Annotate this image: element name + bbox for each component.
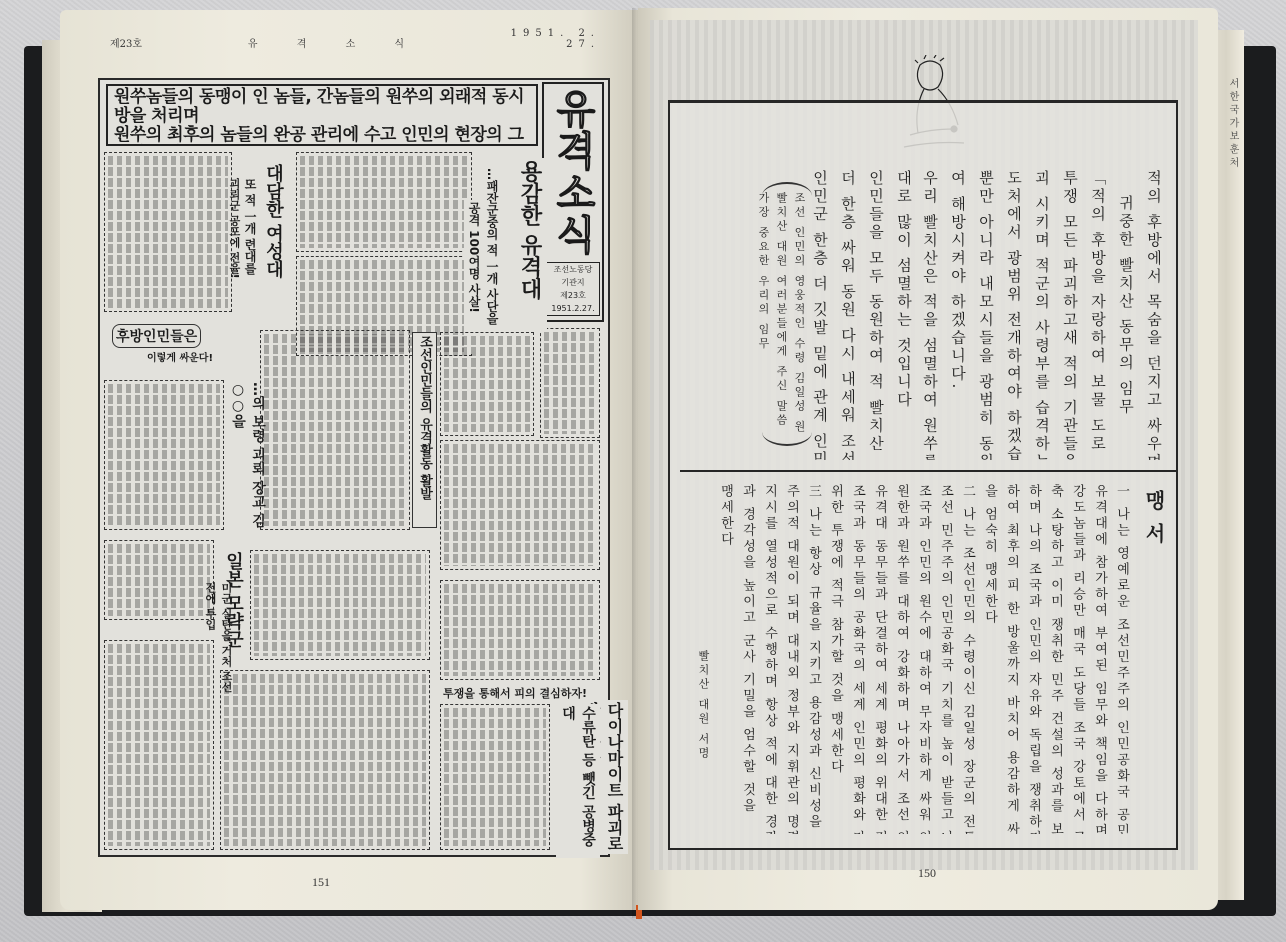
oath-line: 조국과 동무들의 공화국의 세계 인민의 평화와 자유를 <box>846 484 868 834</box>
oath-line: 하여 최후의 피 한 방울까지 바치어 용감하게 싸울 것 <box>1000 484 1022 834</box>
handwritten-line: 뿐만 아니라 내모시들을 광범히 동원하 <box>972 170 999 460</box>
masthead-box-line: 조선노동당 <box>547 263 599 276</box>
issue-number: 제23호 <box>110 35 190 50</box>
oath-line: 강도놈들과 리승만 매국 도당들 조국 강토에서 구 <box>1066 484 1088 834</box>
oath-line: 을 엄숙히 맹세한다 <box>978 484 1000 684</box>
oath-line: 주의적 대원이 되며 대내외 정부와 지휘관의 명령과 <box>780 484 802 834</box>
oath-line: 유격대에 참가하여 부여된 임무와 책임을 다하며 미국 <box>1088 484 1110 834</box>
article-block <box>104 640 214 850</box>
handwritten-line: 더 한층 싸워 동원 다시 내세워 조선 해방 <box>834 170 861 460</box>
handwritten-line: 투쟁 모든 파괴하고새 적의 기관들을 파 <box>1056 170 1083 460</box>
oath-line: 맹세한다 <box>714 484 736 604</box>
newspaper-header: 제23호 유 격 소 식 1951. 2. 27. <box>110 28 600 50</box>
masthead: 유격소식 조선노동당 기관지 제23호 1951.2.27. <box>542 82 604 322</box>
handwritten-line: 도처에서 광범위 전개하여야 하겠습니다 <box>1000 170 1027 460</box>
handwritten-line: 대로 많이 섬멸하는 것입니다 <box>890 170 917 460</box>
masthead-box-line: 기관지 <box>547 276 599 289</box>
oath-line: 지시를 열성적으로 수행하며 항상 적에 대한 경각성 <box>758 484 780 834</box>
front-banner: 원쑤놈들의 동맹이 인 놈들, 간놈들의 원쑤의 외래적 동시방을 처리며 원쑤… <box>106 84 538 146</box>
article-block <box>104 152 232 312</box>
bracketed-note-line: 가장 중요한 우리의 임무 <box>754 192 772 432</box>
oath-line: 과 경각성을 높이고 군사 기밀을 엄수할 것을 <box>736 484 758 834</box>
section-divider <box>680 470 1178 472</box>
oath-line: 유격대 동무들과 단결하여 세계 평화의 위대한 전선 <box>868 484 890 834</box>
article-block <box>440 580 600 680</box>
masthead-box-line: 1951.2.27. <box>547 302 599 315</box>
article-block <box>250 550 430 660</box>
headline: 괴뢰군 공포에 전율! <box>224 176 244 320</box>
newspaper-scan: 원쑤놈들의 동맹이 인 놈들, 간놈들의 원쑤의 외래적 동시방을 처리며 원쑤… <box>98 78 610 857</box>
article-block: 후방인민들은 이렇게 싸운다! <box>104 318 254 378</box>
article-block <box>220 670 430 850</box>
oath-line: 조국과 인민의 원수에 대하여 무자비하게 싸워 인민의 <box>912 484 934 834</box>
handwritten-line: 귀중한 빨치산 동무의 임무 <box>1112 195 1139 460</box>
headline: 수류탄 등 뺏긴 공병중대 <box>556 704 600 858</box>
banner-line: 원쑤놈들의 동맹이 인 놈들, 간놈들의 원쑤의 외래적 동시방을 처리며 <box>114 88 530 126</box>
handwritten-line: 여 해방시켜야 하겠습니다. <box>944 170 971 460</box>
headline: …패잔군중의 적 一개 사단을 <box>482 166 503 350</box>
oath-line: 축 소탕하고 이미 쟁취한 민주 건설의 성과를 보위 <box>1044 484 1066 834</box>
article-block <box>296 152 472 252</box>
page-number-left: 151 <box>312 875 330 890</box>
headline: 투쟁을 통해서 피의 결심하자! <box>440 684 590 702</box>
headline: 공격 100여명 사살! <box>464 200 485 354</box>
headline: 후방인민들은 <box>112 324 201 348</box>
article-block <box>260 330 410 530</box>
newspaper-name: 유 격 소 식 <box>190 35 480 50</box>
article-block <box>440 440 600 570</box>
headline: 조선인민들의 유격활동 활발 <box>412 332 437 528</box>
next-page-edge-text: 서 한 국 가 보 훈 처 <box>1226 78 1240 898</box>
banner-line: 원쑤의 최후의 놈들의 완공 관리에 수고 인민의 현장의 그들의 후방을 <box>114 126 530 146</box>
article-block <box>104 540 214 620</box>
oath-line: 三 나는 항상 규율을 지키고 용감성과 신비성을 지니며 영웅 <box>802 484 824 834</box>
oath-line: 원한과 원쑤를 대하여 강화하며 나아가서 조선 인민의 <box>890 484 912 834</box>
oath-title: 맹 서 <box>1140 490 1167 570</box>
masthead-title: 유격소식 <box>545 88 602 256</box>
masthead-box-line: 제23호 <box>547 289 599 302</box>
bracketed-note-line: 빨치산 대원 여러분들에게 주신 말씀 <box>772 192 790 432</box>
oath-line: 二 나는 조선인민의 수령이신 김일성 장군의 전투 명령에 따라 <box>956 484 978 834</box>
article-block <box>440 332 534 436</box>
masthead-box: 조선노동당 기관지 제23호 1951.2.27. <box>546 262 600 316</box>
article-block <box>440 704 550 850</box>
handwritten-line: 적의 후방에서 목숨을 던지고 싸우며 싸우는 <box>1140 170 1167 460</box>
oath-line: 一 나는 영예로운 조선민주주의 인민공화국 공민으로서 인민 <box>1110 484 1132 834</box>
bracketed-note-line: 조선 인민의 영웅적인 수령 김일성 원수께서 <box>790 192 808 432</box>
handwritten-line: 우리 빨치산은 적을 섬멸하여 원쑤를 <box>916 170 943 460</box>
oath-line: 위한 투쟁에 적극 참가할 것을 맹세한다 <box>824 484 846 834</box>
oath-signature: 빨치산 대원 서명 <box>694 650 712 800</box>
page-number-right: 150 <box>918 866 936 881</box>
oath-line: 조선 민주주의 인민공화국 기치를 높이 받들고 나의 <box>934 484 956 834</box>
handwritten-line: 「적의 후방을 자랑하여 보물 도로 전선 <box>1084 170 1111 460</box>
newspaper-date: 1951. 2. 27. <box>480 28 600 50</box>
article-block <box>540 328 600 438</box>
article-block <box>104 380 224 530</box>
oath-line: 하며 나의 조국과 인민의 자유와 독립을 쟁취하기 위 <box>1022 484 1044 834</box>
headline: 용감한 유격대 <box>512 158 547 332</box>
headline: 이렇게 싸운다! <box>144 348 216 365</box>
headline: 대담한 여성대 <box>258 162 288 316</box>
handwritten-line: 인민들을 모두 동원하여 적 빨치산 뒤를 <box>862 170 889 460</box>
handwritten-line: 괴 시키며 적군의 사령부를 습격하는 주점을 <box>1028 170 1055 460</box>
